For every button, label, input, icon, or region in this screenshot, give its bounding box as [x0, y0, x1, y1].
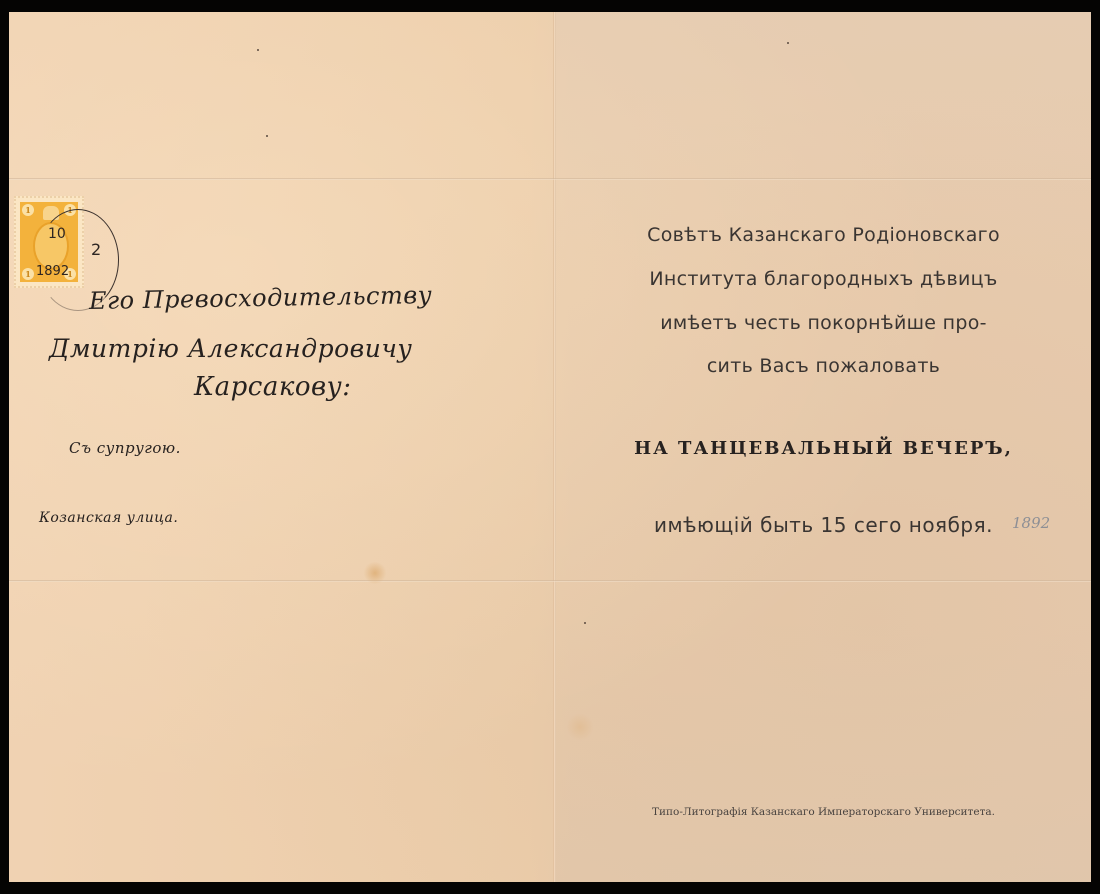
paper-speck [787, 42, 789, 44]
invitation-line-2: Института благородныхъ дѣвицъ [555, 268, 1092, 290]
stamp-corner-numeral: 1 [22, 268, 34, 280]
paper-speck [584, 622, 586, 624]
handwritten-address-line-2: Дмитрію Александровичу [49, 334, 412, 363]
paper-stain [567, 712, 593, 742]
paper-speck [257, 49, 259, 51]
lower-fold-line [9, 580, 1091, 582]
invitation-line-3: имѣетъ честь покорнѣйше про- [555, 312, 1092, 334]
paper-speck [266, 135, 268, 137]
upper-fold-line [9, 178, 1091, 180]
postmark-number: 2 [91, 240, 101, 259]
handwritten-address-line-3: Карсакову: [194, 372, 351, 402]
handwritten-address-line-1: Его Превосходительству [89, 281, 433, 315]
pencil-year-note: 1892 [1012, 514, 1050, 532]
handwritten-street: Козанская улица. [39, 510, 178, 526]
invitation-headline: НА ТАНЦЕВАЛЬНЫЙ ВЕЧЕРЪ, [555, 438, 1092, 459]
handwritten-note-spouse: Съ супругою. [69, 439, 181, 457]
scanned-document: 1 1 1 1 10 1892 2 Его Превосходительству… [0, 0, 1100, 894]
printer-imprint: Типо-Литографія Казанскаго Императорскаг… [555, 806, 1092, 818]
invitation-line-4: сить Васъ пожаловать [555, 355, 1096, 377]
invitation-line-1: Совѣтъ Казанскаго Родіоновскаго [555, 224, 1092, 246]
paper-stain [363, 562, 387, 584]
stamp-corner-numeral: 1 [22, 204, 34, 216]
